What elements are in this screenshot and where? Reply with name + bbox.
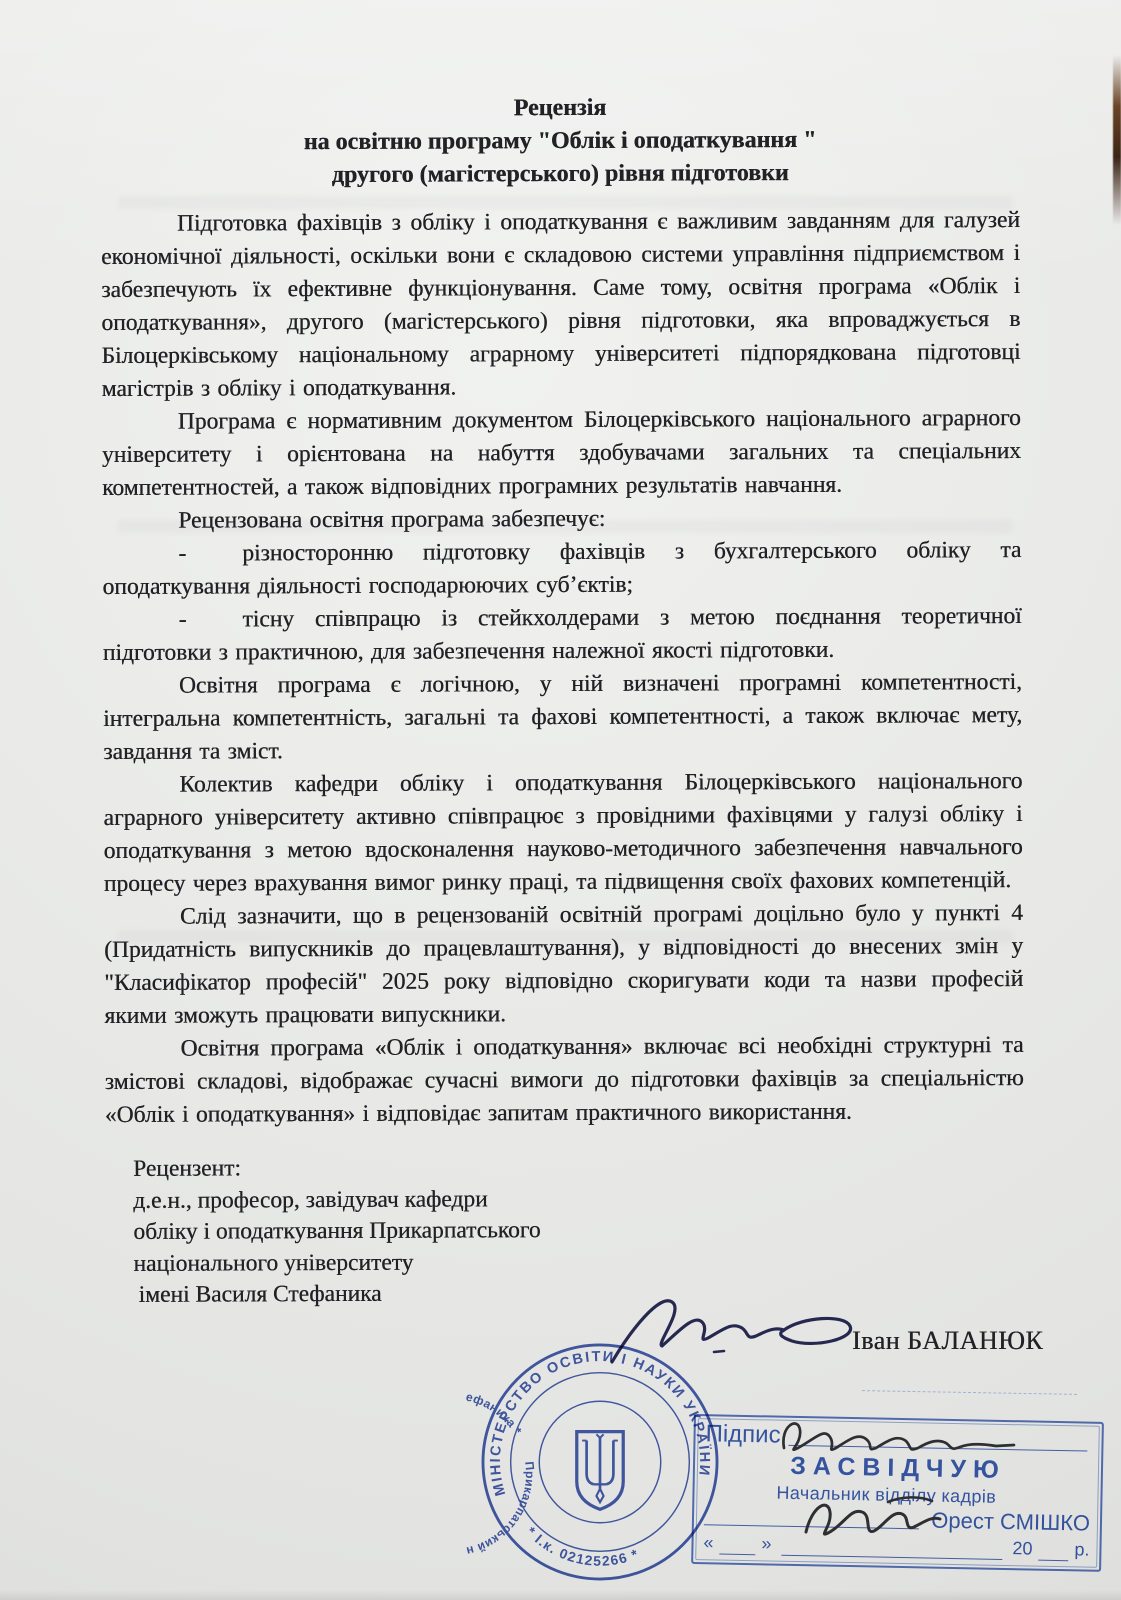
reviewer-label: Рецензент: [133, 1150, 1024, 1185]
reviewer-name: Іван БАЛАНЮК [852, 1326, 1043, 1356]
university-round-stamp: МІНІСТЕРСТВО ОСВІТИ І НАУКИ УКРАЇНИ * І.… [466, 1328, 734, 1596]
paragraph: Колектив кафедри обліку і оподаткування … [103, 765, 1023, 901]
paragraph: Слід зазначити, що в рецензованій освітн… [104, 897, 1024, 1033]
officer-name: Орест СМІШКО [931, 1508, 1090, 1537]
document-title: Рецензія на освітню програму "Облік і оп… [100, 90, 1019, 193]
reviewer-line: імені Василя Стефаника [134, 1276, 1025, 1311]
paragraph: Освітня програма «Облік і оподаткування»… [104, 1029, 1023, 1132]
date-close-quote: » [761, 1531, 771, 1555]
reviewer-line: обліку і оподаткування Прикарпатського [133, 1213, 1024, 1248]
officer-signature-line [704, 1504, 920, 1529]
date-year-suffix: р. [1074, 1537, 1089, 1561]
paragraph: Освітня програма є логічною, у ній визна… [103, 666, 1022, 769]
title-line-2: на освітню програму "Облік і оподаткуван… [100, 123, 1019, 160]
date-year-prefix: 20 [1012, 1536, 1032, 1560]
list-dash: - [178, 541, 186, 567]
title-line-1: Рецензія [100, 90, 1019, 127]
document-content: Рецензія на освітню програму "Облік і оп… [100, 90, 1024, 1311]
list-item-text: тісну співпрацю із стейкхолдерами з мето… [103, 603, 1022, 666]
reviewer-line: д.е.н., професор, завідувач кафедри [133, 1181, 1024, 1216]
reviewer-block: Рецензент: д.е.н., професор, завідувач к… [105, 1150, 1025, 1312]
date-year-line [1038, 1544, 1068, 1562]
list-item-text: різносторонню підготовку фахівців з бухг… [102, 537, 1021, 600]
date-month-line [781, 1539, 1002, 1560]
stamp-border-artifact [862, 1390, 1077, 1395]
paragraph: Підготовка фахівців з обліку і оподаткув… [101, 204, 1021, 406]
certify-stamp: Підпис ЗАСВІДЧУЮ Начальник відділу кадрі… [691, 1414, 1104, 1572]
certify-label: ЗАСВІДЧУЮ [705, 1449, 1092, 1486]
photo-edge-artifact [1113, 55, 1121, 225]
document-body: Підготовка фахівців з обліку і оподаткув… [101, 204, 1024, 1132]
paragraph: Рецензована освітня програма забезпечує: [102, 501, 1021, 538]
list-dash: - [179, 607, 187, 633]
title-line-3: другого (магістерського) рівня підготовк… [101, 156, 1020, 193]
scanned-review-document: Рецензія на освітню програму "Облік і оп… [0, 0, 1121, 1600]
signature-line [788, 1425, 1087, 1452]
list-item: -тісну співпрацю із стейкхолдерами з мет… [103, 600, 1022, 670]
reviewer-line: національного університету [133, 1244, 1024, 1279]
paragraph: Програма є нормативним документом Білоце… [102, 402, 1021, 505]
tryzub-icon [577, 1432, 623, 1510]
list-item: -різносторонню підготовку фахівців з бух… [102, 534, 1021, 604]
